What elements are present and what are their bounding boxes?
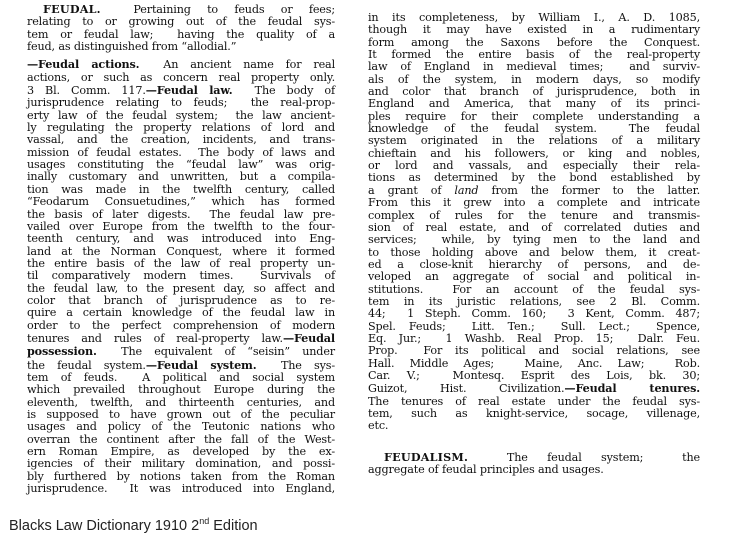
text-run: vassal, and the creation, incidents, and… [27, 133, 335, 146]
text-run: ples require for their complete understa… [368, 110, 700, 123]
text-run: quire a certain knowledge of the feudal … [27, 306, 335, 319]
text-run: sion of real estate, and of correlated d… [368, 221, 700, 234]
text-run: which prevailed throughout Europe during… [27, 383, 335, 396]
text-line: aggregate of feudal principles and usage… [368, 464, 700, 476]
caption-prefix: Blacks Law Dictionary 1910 2 [9, 518, 199, 534]
text-run: Eq. Jur.; 1 Washb. Real Prop. 15; Dalr. … [368, 332, 700, 345]
text-run: Hall. Middle Ages; Maine, Anc. Law; Rob. [368, 357, 700, 370]
text-run: ly regulating the property relations of … [27, 121, 335, 134]
text-run: erty law of the feudal system; the law a… [27, 109, 335, 122]
text-run: bly furthered by notions taken from the … [27, 470, 335, 483]
text-run: in its completeness, by William I., A. D… [368, 11, 700, 24]
text-run: relating to or growing out of the feudal… [27, 15, 335, 28]
text-run: 44; 1 Steph. Comm. 160; 3 Kent, Comm. 48… [368, 307, 700, 320]
text-run: ed a close-knit hierarchy of persons, an… [368, 258, 700, 271]
text-line: FEUDALISM. The feudal system; the [368, 451, 700, 464]
caption-superscript: nd [199, 516, 209, 526]
text-run: the feudal law, to the present day, so a… [27, 282, 335, 295]
text-run: “Feodarum Consuetudines,” which has form… [27, 195, 335, 208]
text-run: system originated in the relations of a … [368, 134, 700, 147]
text-run: tion was made in the twelfth century, ca… [27, 183, 335, 196]
text-run: From this it grew into a complete and in… [368, 196, 700, 209]
text-run: knowledge of the feudal system. The feud… [368, 122, 700, 135]
text-run: als of the system, in modern days, so mo… [368, 73, 700, 86]
text-run: til comparatively modern times. Survival… [27, 269, 335, 282]
text-line: the feudal system.—Feudal system. The sy… [27, 359, 335, 372]
text-run: vailed over Europe from the twelfth to t… [27, 220, 335, 233]
text-line: 3 Bl. Comm. 117.—Feudal law. The body of [27, 84, 335, 97]
text-run: feud, as distinguished from “allodial.” [27, 40, 236, 53]
text-run: ern Roman Empire, as developed by the ex… [27, 445, 335, 458]
subentry-term: —Feudal system. [146, 358, 257, 372]
text-run: the basis of later digests. The feudal l… [27, 208, 335, 221]
text-run: or lord and vassals, and especially thei… [368, 159, 700, 172]
subentry-term: —Feudal tenures. [564, 381, 700, 395]
text-run: actions, or such as concern real propert… [27, 71, 335, 84]
text-run: aggregate of feudal principles and usage… [368, 463, 604, 476]
text-run: The sys- [257, 359, 336, 372]
text-run: The equivalent of “seisin” under [97, 345, 335, 358]
text-line: possession. The equivalent of “seisin” u… [27, 345, 335, 358]
text-run: stitutions. For an account of the feudal… [368, 283, 700, 296]
text-line: Guizot, Hist. Civilization.—Feudal tenur… [368, 382, 700, 395]
text-run: mission of feudal estates. The body of l… [27, 146, 335, 159]
text-run: The body of [233, 84, 336, 97]
text-run: complex of rules for the tenure and tran… [368, 209, 700, 222]
text-run: tem in its juristic relations, see 2 Bl.… [368, 295, 700, 308]
left-column: FEUDAL. Pertaining to feuds or fees;rela… [27, 3, 335, 495]
text-run: eleventh, twelfth, and thirteenth centur… [27, 396, 335, 409]
text-run: An ancient name for real [139, 58, 335, 71]
text-run: services; while, by tying men to the lan… [368, 233, 700, 246]
text-run: inally customary and unwritten, but a co… [27, 170, 335, 183]
text-line: —Feudal actions. An ancient name for rea… [27, 58, 335, 71]
text-run: color that branch of jurisprudence as to… [27, 294, 335, 307]
text-run: a grant of [368, 184, 454, 197]
text-run: The feudal system; the [468, 451, 700, 464]
text-run: tenures and rules of real-property law. [27, 332, 283, 345]
right-column: in its completeness, by William I., A. D… [368, 12, 700, 476]
text-run: from the former to the latter. [478, 184, 700, 197]
feudalism-entry: FEUDALISM. The feudal system; theaggrega… [368, 451, 700, 477]
text-run: the feudal system. [27, 359, 146, 372]
headword: FEUDALISM. [384, 450, 468, 464]
text-line: etc. [368, 420, 700, 432]
text-run: chieftain and his followers, or king and… [368, 147, 700, 160]
text-run: teenth century, and was introduced into … [27, 232, 335, 245]
subentry-term: —Feudal [283, 331, 335, 345]
text-run: Spel. Feuds; Litt. Ten.; Sull. Lect.; Sp… [368, 320, 700, 333]
text-line: FEUDAL. Pertaining to feuds or fees; [27, 3, 335, 16]
text-line: jurisprudence. It was introduced into En… [27, 483, 335, 495]
text-run: It formed the entire basis of the real-p… [368, 48, 700, 61]
text-run: land [454, 184, 478, 197]
text-run: though it may have existed in a rudiment… [368, 23, 700, 36]
text-run: 3 Bl. Comm. 117. [27, 84, 146, 97]
text-run: and color that branch of jurisprudence, … [368, 85, 700, 98]
text-run: England and America, that many of its pr… [368, 97, 700, 110]
text-run: jurisprudence. It was introduced into En… [27, 482, 335, 495]
text-run: form among the Saxons before the Conques… [368, 36, 700, 49]
text-line: tenures and rules of real-property law.—… [27, 332, 335, 345]
entry-gap [368, 433, 700, 451]
text-run: overran the continent after the fall of … [27, 433, 335, 446]
text-run: tem, such as knight-service, socage, vil… [368, 407, 700, 420]
text-run: order to the perfect comprehension of mo… [27, 319, 335, 332]
subentry-term: —Feudal law. [146, 83, 233, 97]
caption: Blacks Law Dictionary 1910 2nd Edition [9, 518, 258, 534]
text-run: usages constituting the “feudal law” was… [27, 158, 335, 171]
text-run: Guizot, Hist. Civilization. [368, 382, 564, 395]
text-run: Prop. For its political and social relat… [368, 344, 700, 357]
text-line: tem, such as knight-service, socage, vil… [368, 408, 700, 420]
text-run: tem or feudal law; having the quality of… [27, 28, 335, 41]
text-line: feud, as distinguished from “allodial.” [27, 41, 335, 53]
text-run: the entire basis of the law of real prop… [27, 257, 335, 270]
subentry-term: possession. [27, 344, 97, 358]
text-run: Car. V.; Montesq. Esprit des Lois, bk. 3… [368, 369, 700, 382]
text-run: jurisprudence relating to feuds; the rea… [27, 96, 335, 109]
text-run: to those holding above and below them, i… [368, 246, 700, 259]
headword: FEUDAL. [43, 2, 101, 16]
text-run: Pertaining to feuds or fees; [101, 3, 335, 16]
text-run: The tenures of real estate under the feu… [368, 395, 700, 408]
text-run: tions as determined by the bond establis… [368, 171, 700, 184]
subentry-term: —Feudal actions. [27, 57, 139, 71]
text-run: usages and policy of the Teutonic nation… [27, 420, 335, 433]
text-run: igencies of their military domination, a… [27, 457, 335, 470]
caption-suffix: Edition [209, 518, 257, 534]
text-run: etc. [368, 419, 388, 432]
text-run: law of England in medieval times; and su… [368, 60, 700, 73]
text-run: veloped an aggregate of social and polit… [368, 270, 700, 283]
text-run: is supposed to have grown out of the pec… [27, 408, 335, 421]
text-run: tem of feuds. A political and social sys… [27, 371, 335, 384]
text-run: land at the Norman Conquest, where it fo… [27, 245, 335, 258]
